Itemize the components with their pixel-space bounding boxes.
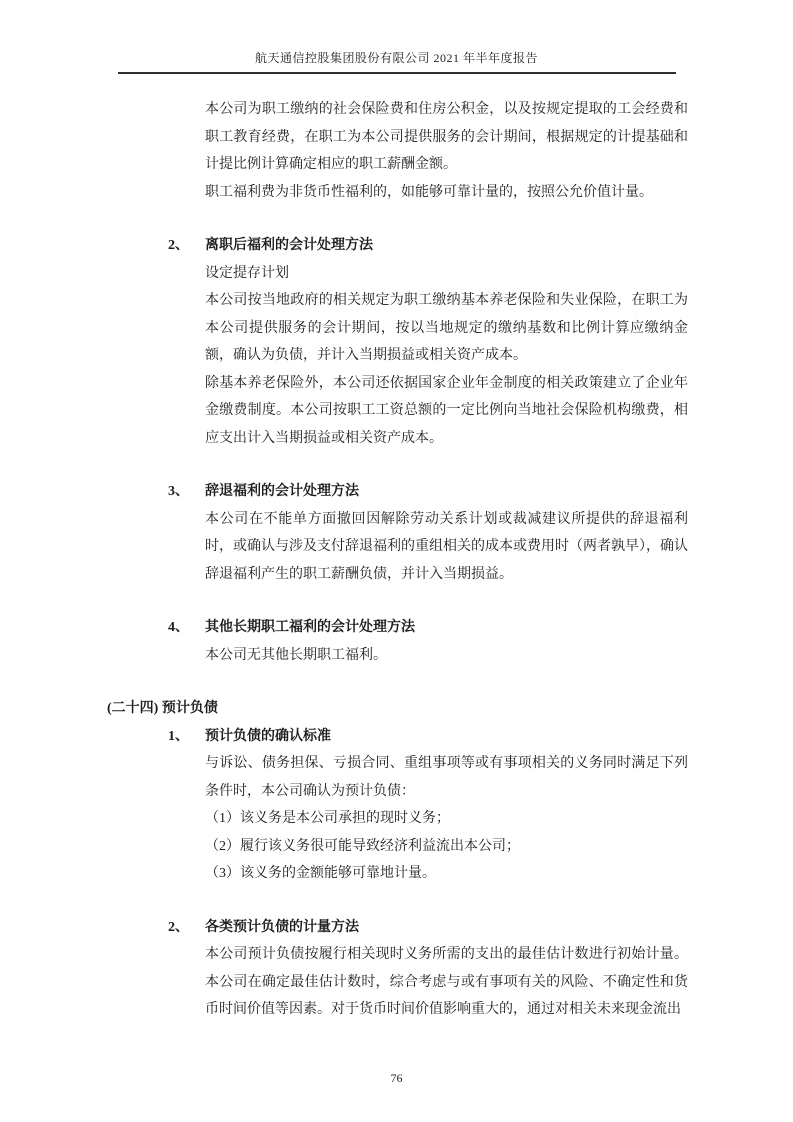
section-paragraph: 与诉讼、债务担保、亏损合同、重组事项等或有事项相关的义务同时满足下列条件时，本公… bbox=[205, 750, 688, 805]
section-heading: 1、 预计负债的确认标准 bbox=[168, 723, 688, 751]
section-post-employment-benefits: 2、 离职后福利的会计处理方法 设定提存计划 本公司按当地政府的相关规定为职工缴… bbox=[105, 232, 688, 452]
page-content: 本公司为职工缴纳的社会保险费和住房公积金，以及按规定提取的工会经费和职工教育经费… bbox=[105, 96, 688, 1024]
report-header-title: 航天通信控股集团股份有限公司 2021 年半年度报告 bbox=[105, 50, 688, 66]
section-provision-recognition: 1、 预计负债的确认标准 与诉讼、债务担保、亏损合同、重组事项等或有事项相关的义… bbox=[105, 723, 688, 888]
section-paragraph: 本公司无其他长期职工福利。 bbox=[205, 642, 688, 670]
section-number: 3、 bbox=[168, 478, 205, 506]
section-paragraph: 除基本养老保险外，本公司还依据国家企业年金制度的相关政策建立了企业年金缴费制度。… bbox=[205, 370, 688, 453]
section-title: 各类预计负债的计量方法 bbox=[205, 914, 359, 942]
section-number: 1、 bbox=[168, 723, 205, 751]
section-paragraph: 设定提存计划 bbox=[205, 260, 688, 288]
report-page: 航天通信控股集团股份有限公司 2021 年半年度报告 本公司为职工缴纳的社会保险… bbox=[0, 0, 793, 1122]
list-item: （3）该义务的金额能够可靠地计量。 bbox=[205, 860, 688, 888]
chapter-heading-provisions: (二十四) 预计负债 bbox=[107, 695, 688, 723]
section-number: 2、 bbox=[168, 232, 205, 260]
page-number: 76 bbox=[391, 1071, 403, 1085]
intro-paragraph-1: 本公司为职工缴纳的社会保险费和住房公积金，以及按规定提取的工会经费和职工教育经费… bbox=[205, 96, 688, 179]
section-title: 其他长期职工福利的会计处理方法 bbox=[205, 614, 415, 642]
section-title: 离职后福利的会计处理方法 bbox=[205, 232, 373, 260]
section-heading: 2、 离职后福利的会计处理方法 bbox=[168, 232, 688, 260]
section-heading: 2、 各类预计负债的计量方法 bbox=[168, 914, 688, 942]
section-number: 2、 bbox=[168, 914, 205, 942]
section-title: 辞退福利的会计处理方法 bbox=[205, 478, 359, 506]
section-title: 预计负债的确认标准 bbox=[205, 723, 331, 751]
header-rule bbox=[118, 72, 676, 74]
section-termination-benefits: 3、 辞退福利的会计处理方法 本公司在不能单方面撤回因解除劳动关系计划或裁减建议… bbox=[105, 478, 688, 588]
section-paragraph: 本公司预计负债按履行相关现时义务所需的支出的最佳估计数进行初始计量。本公司在确定… bbox=[205, 941, 688, 1024]
section-heading: 3、 辞退福利的会计处理方法 bbox=[168, 478, 688, 506]
intro-paragraph-2: 职工福利费为非货币性福利的，如能够可靠计量的，按照公允价值计量。 bbox=[205, 179, 688, 207]
list-item: （1）该义务是本公司承担的现时义务； bbox=[205, 805, 688, 833]
page-footer: 76 bbox=[0, 1070, 793, 1086]
chapter-label: (二十四) bbox=[107, 701, 158, 716]
section-number: 4、 bbox=[168, 614, 205, 642]
section-paragraph: 本公司按当地政府的相关规定为职工缴纳基本养老保险和失业保险，在职工为本公司提供服… bbox=[205, 287, 688, 370]
section-paragraph: 本公司在不能单方面撤回因解除劳动关系计划或裁减建议所提供的辞退福利时，或确认与涉… bbox=[205, 506, 688, 589]
list-item: （2）履行该义务很可能导致经济利益流出本公司； bbox=[205, 833, 688, 861]
section-heading: 4、 其他长期职工福利的会计处理方法 bbox=[168, 614, 688, 642]
section-provision-measurement: 2、 各类预计负债的计量方法 本公司预计负债按履行相关现时义务所需的支出的最佳估… bbox=[105, 914, 688, 1024]
section-other-longterm-benefits: 4、 其他长期职工福利的会计处理方法 本公司无其他长期职工福利。 bbox=[105, 614, 688, 669]
chapter-title: 预计负债 bbox=[162, 701, 218, 716]
